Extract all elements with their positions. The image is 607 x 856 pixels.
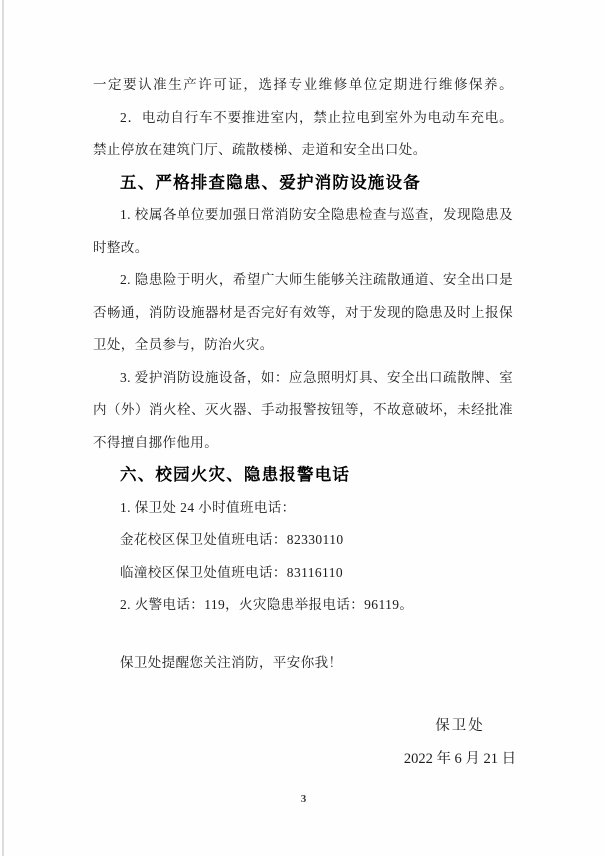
paragraph-line: 一定要认准生产许可证，选择专业维修单位定期进行维修保养。 — [93, 69, 513, 102]
paragraph-line: 1. 校属各单位要加强日常消防安全隐患检查与巡查，发现隐患及 — [93, 199, 513, 232]
jinhua-phone-line: 金花校区保卫处值班电话：82330110 — [93, 524, 513, 557]
signature-block: 保卫处 2022 年 6 月 21 日 — [378, 710, 542, 775]
document-page: 一定要认准生产许可证，选择专业维修单位定期进行维修保养。 2．电动自行车不要推进… — [0, 0, 607, 856]
duty-phone-intro-line: 1. 保卫处 24 小时值班电话： — [93, 492, 513, 525]
paragraph-line: 禁止停放在建筑门厅、疏散楼梯、走道和安全出口处。 — [93, 134, 513, 167]
signature-department: 保卫处 — [378, 710, 542, 743]
paragraph-line: 2. 隐患险于明火，希望广大师生能够关注疏散通道、安全出口是 — [93, 264, 513, 297]
document-body: 一定要认准生产许可证，选择专业维修单位定期进行维修保养。 2．电动自行车不要推进… — [93, 69, 513, 679]
paragraph-line: 2．电动自行车不要推进室内，禁止拉电到室外为电动车充电。 — [93, 102, 513, 135]
paragraph-line: 不得擅自挪作他用。 — [93, 427, 513, 460]
paragraph-line: 内（外）消火栓、灭火器、手动报警按钮等，不故意破坏，未经批准 — [93, 394, 513, 427]
section-heading-six: 六、校园火灾、隐患报警电话 — [93, 459, 513, 492]
paragraph-line: 卫处，全员参与，防治火灾。 — [93, 329, 513, 362]
signature-date: 2022 年 6 月 21 日 — [378, 743, 542, 776]
lintong-phone-line: 临潼校区保卫处值班电话：83116110 — [93, 557, 513, 590]
section-heading-five: 五、严格排查隐患、爱护消防设施设备 — [93, 167, 513, 200]
paragraph-line: 时整改。 — [93, 232, 513, 265]
paragraph-line: 否畅通，消防设施器材是否完好有效等，对于发现的隐患及时上报保 — [93, 297, 513, 330]
page-number: 3 — [0, 792, 607, 806]
closing-line: 保卫处提醒您关注消防，平安你我！ — [93, 647, 513, 680]
fire-alarm-phone-line: 2. 火警电话：119，火灾隐患举报电话：96119。 — [93, 589, 513, 622]
scan-edge-line — [2, 0, 4, 856]
paragraph-line: 3. 爱护消防设施设备，如：应急照明灯具、安全出口疏散牌、室 — [93, 362, 513, 395]
